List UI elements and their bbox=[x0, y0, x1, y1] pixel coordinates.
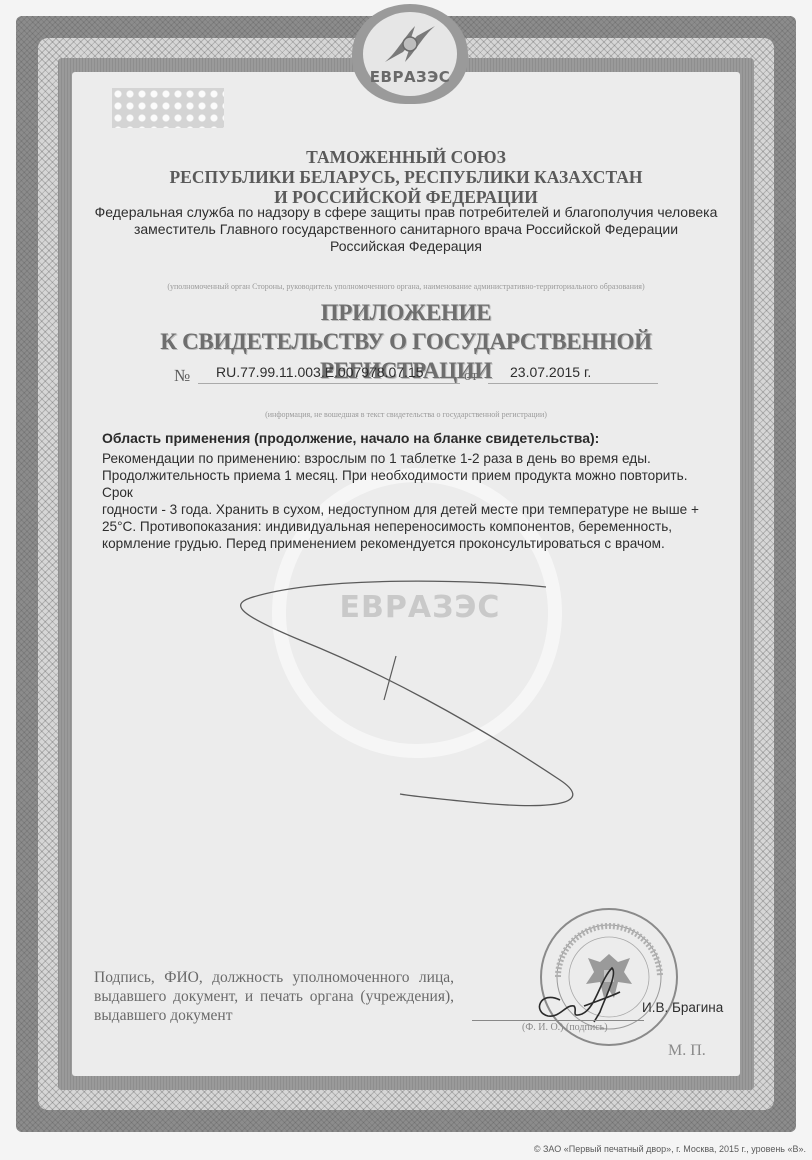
signatory-name: И.В. Брагина bbox=[642, 1000, 723, 1015]
signature-sub-caption: (Ф. И. О.) (подпись) bbox=[522, 1022, 608, 1033]
handwritten-signature bbox=[0, 0, 812, 1160]
seal-mark: М. П. bbox=[668, 1042, 706, 1060]
printer-copyright: © ЗАО «Первый печатный двор», г. Москва,… bbox=[534, 1144, 806, 1154]
signature-underline bbox=[472, 1020, 644, 1021]
